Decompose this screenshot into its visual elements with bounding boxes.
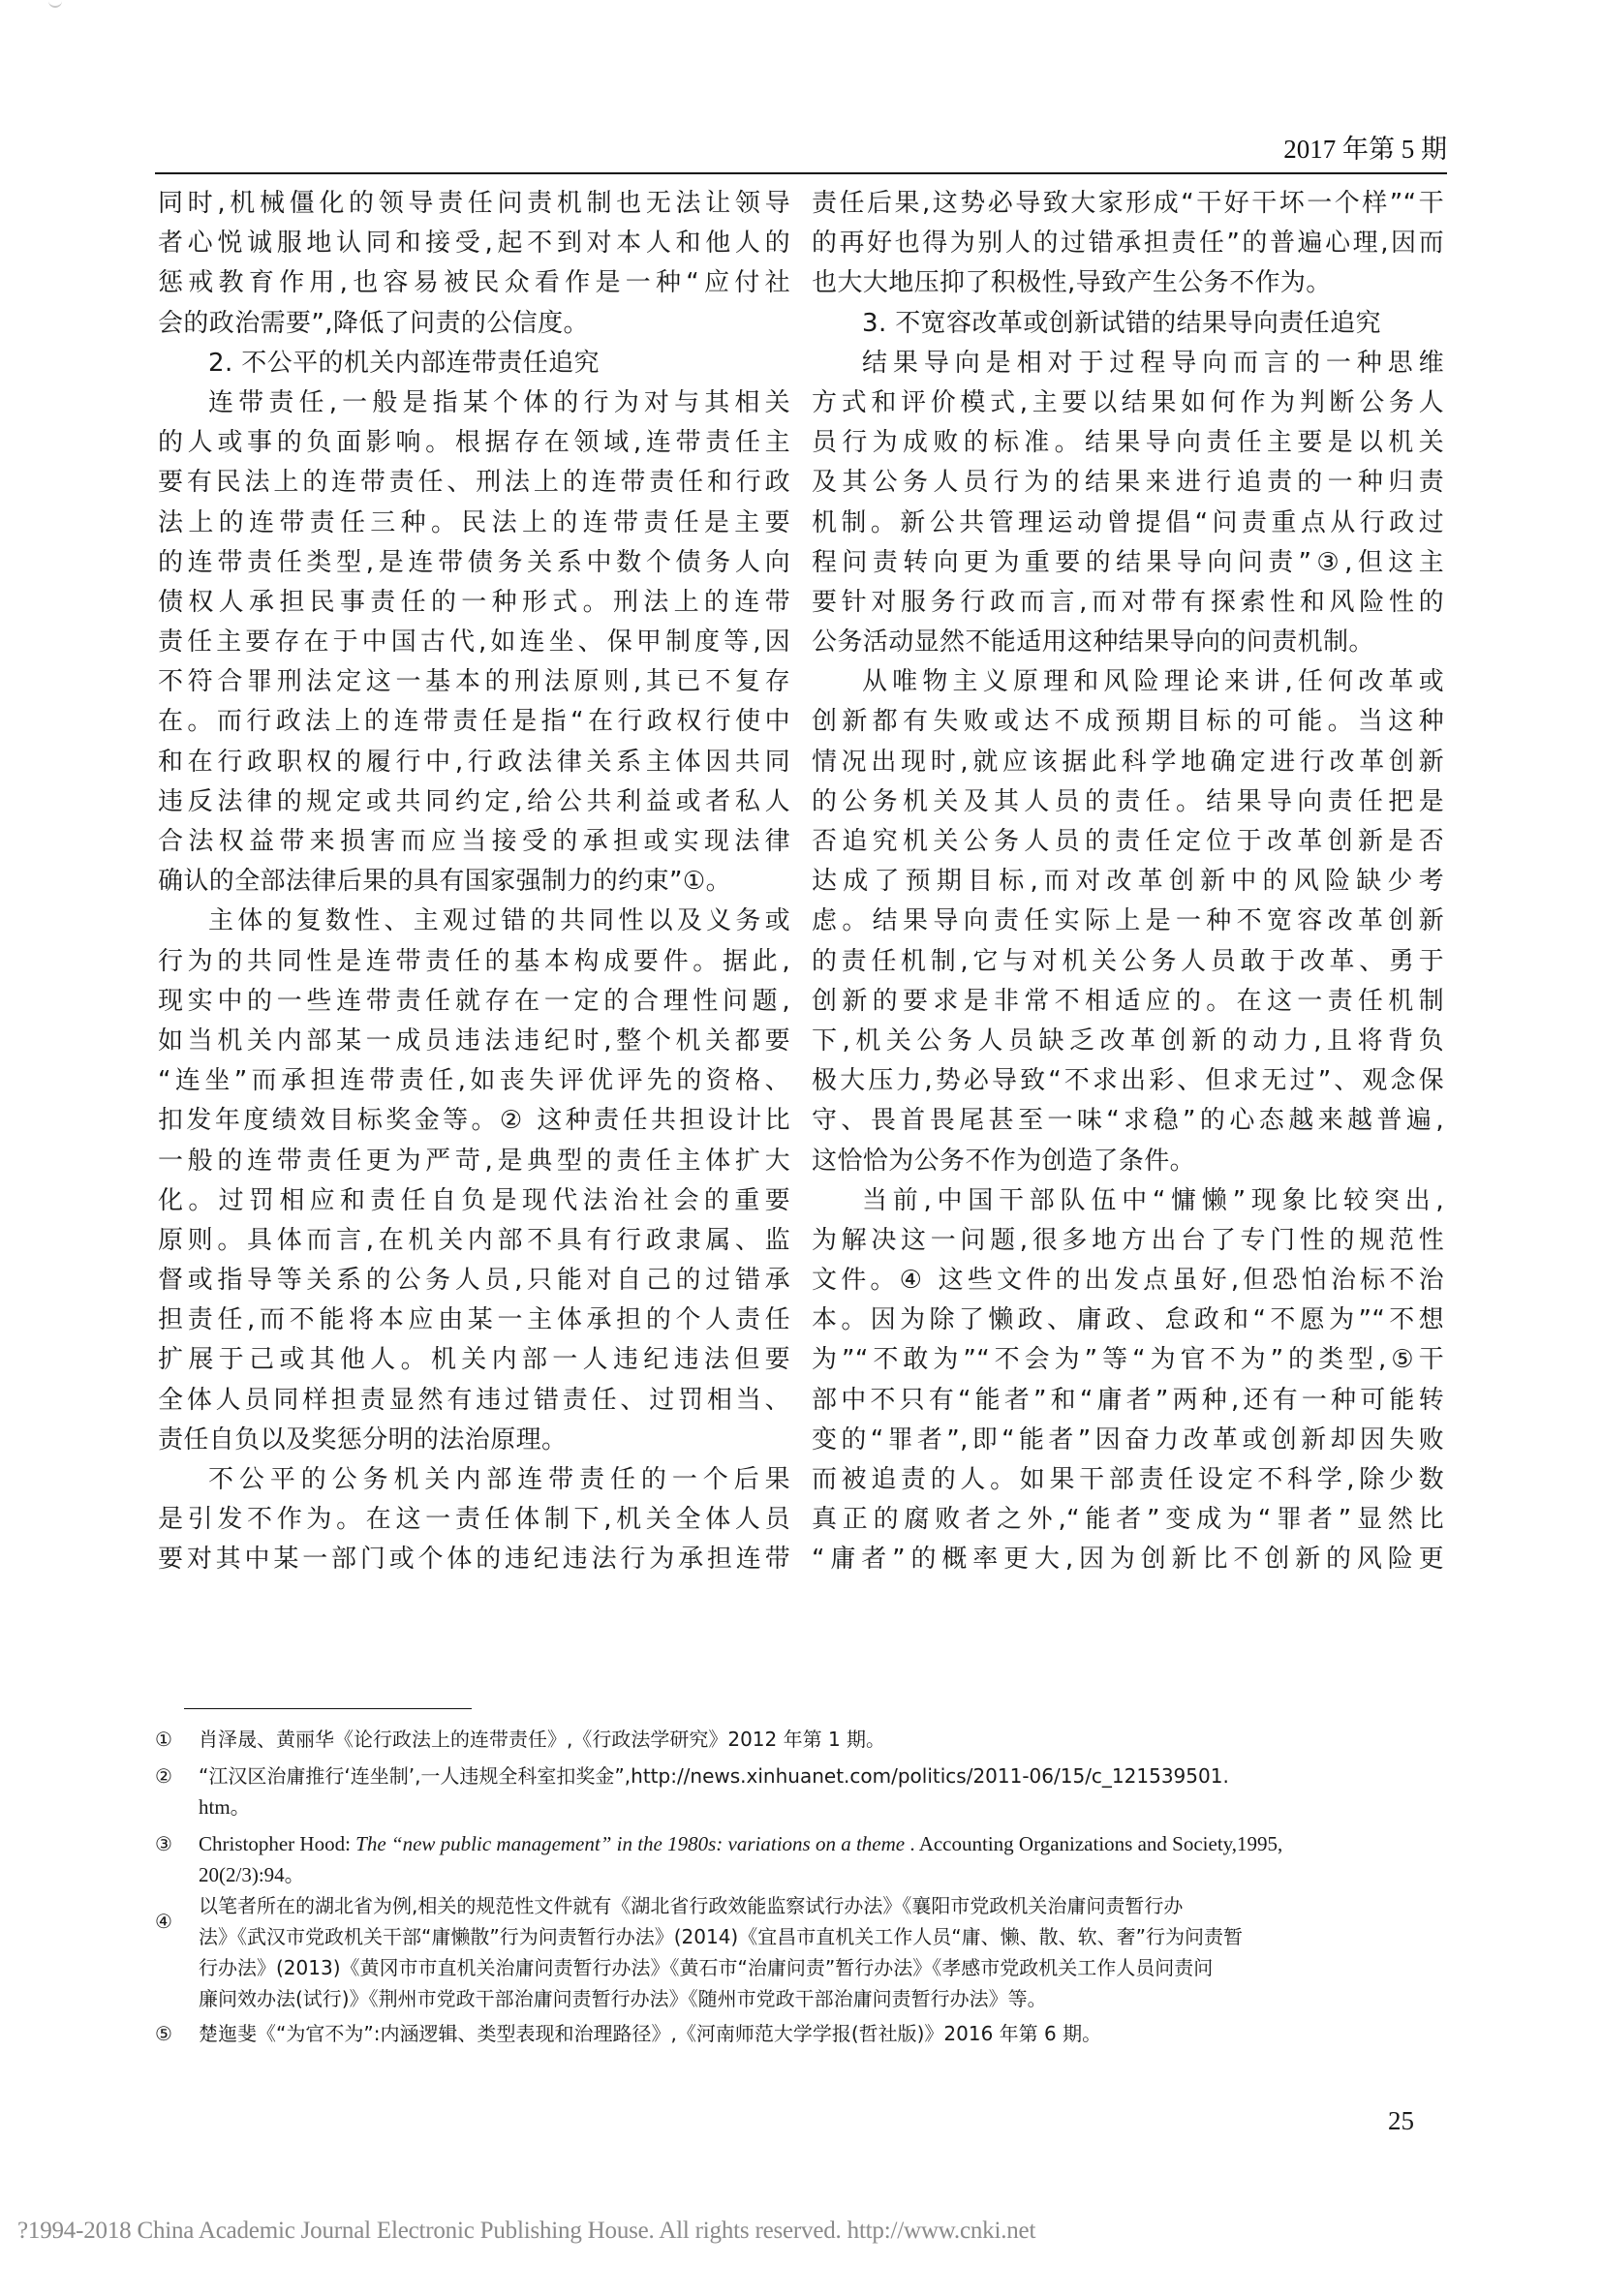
footnote-2: ② “江汉区治庸推行‘连坐制’,一人违规全科室扣奖金”,http://news.… [155, 1760, 1453, 1822]
text-line: 结果导向是相对于过程导向而言的一种思维 [812, 344, 1444, 383]
text-line: 不符合罪刑法定这一基本的刑法原则,其已不复存 [158, 662, 790, 702]
footnote-5: ⑤ 楚迤斐《“为官不为”:内涵逻辑、类型表现和治理路径》,《河南师范大学学报(哲… [155, 2018, 1453, 2049]
text-line: 员行为成败的标准。结果导向责任主要是以机关 [812, 423, 1444, 463]
copyright-notice: ?1994-2018 China Academic Journal Electr… [17, 2218, 1035, 2245]
text-line: 担责任,而不能将本应由某一主体承担的个人责任 [158, 1301, 790, 1340]
text-line: 守、畏首畏尾甚至一味“求稳”的心态越来越普遍, [812, 1101, 1444, 1141]
section-heading: 3. 不宽容改革或创新试错的结果导向责任追究 [812, 304, 1444, 344]
text-line: 和在行政职权的履行中,行政法律关系主体因共同 [158, 743, 790, 782]
text-line: 的人或事的负面影响。根据存在领域,连带责任主 [158, 423, 790, 463]
text-line: 连带责任,一般是指某个体的行为对与其相关 [158, 383, 790, 423]
footnote-text: 楚迤斐《“为官不为”:内涵逻辑、类型表现和治理路径》,《河南师范大学学报(哲社版… [199, 2018, 1453, 2049]
text-line: 极大压力,势必导致“不求出彩、但求无过”、观念保 [812, 1061, 1444, 1101]
footnote-marker: ② [155, 1760, 172, 1791]
text-line: 确认的全部法律后果的具有国家强制力的约束”①。 [158, 862, 790, 902]
text-line: 要有民法上的连带责任、刑法上的连带责任和行政 [158, 463, 790, 503]
footnote-text: 以笔者所在的湖北省为例,相关的规范性文件就有《湖北省行政效能监察试行办法》《襄阳… [199, 1890, 1453, 1921]
text-line: 方式和评价模式,主要以结果如何作为判断公务人 [812, 383, 1444, 423]
text-line: 创新都有失败或达不成预期目标的可能。当这种 [812, 702, 1444, 742]
text-line: 督或指导等关系的公务人员,只能对自己的过错承 [158, 1261, 790, 1301]
text-line: 责任后果,这势必导致大家形成“干好干坏一个样”“干 [812, 184, 1444, 224]
footnote-marker: ① [155, 1724, 172, 1755]
text-line: 程问责转向更为重要的结果导向问责”③,但这主 [812, 543, 1444, 583]
text-line: 是引发不作为。在这一责任体制下,机关全体人员 [158, 1500, 790, 1540]
text-line: 的再好也得为别人的过错承担责任”的普遍心理,因而 [812, 224, 1444, 263]
text-line: “连坐”而承担连带责任,如丧失评优评先的资格、 [158, 1061, 790, 1101]
footnote-text: 法》《武汉市党政机关干部“庸懒散”行为问责暂行办法》(2014)《宜昌市直机关工… [199, 1921, 1453, 1952]
text-line: 及其公务人员行为的结果来进行追责的一种归责 [812, 463, 1444, 503]
text-line: 达成了预期目标,而对改革创新中的风险缺少考 [812, 862, 1444, 902]
footnote-text: 廉问效办法(试行)》《荆州市党政干部治庸问责暂行办法》《随州市党政干部治庸问责暂… [199, 1983, 1453, 2014]
footnote-3: ③ Christopher Hood: The “new public mana… [155, 1828, 1453, 1890]
text-line: 扣发年度绩效目标奖金等。② 这种责任共担设计比 [158, 1101, 790, 1141]
left-column: 同时,机械僵化的领导责任问责机制也无法让领导者心悦诚服地认同和接受,起不到对本人… [158, 184, 790, 1580]
text-line: 违反法律的规定或共同约定,给公共利益或者私人 [158, 782, 790, 822]
text-line: 也大大地压抑了积极性,导致产生公务不作为。 [812, 263, 1444, 303]
text-line: 债权人承担民事责任的一种形式。刑法上的连带 [158, 583, 790, 623]
citation-source: . Accounting Organizations and Society,1… [909, 1832, 1282, 1855]
text-line: 为”“不敢为”“不会为”等“为官不为”的类型,⑤干 [812, 1340, 1444, 1380]
text-line: 者心悦诚服地认同和接受,起不到对本人和他人的 [158, 224, 790, 263]
text-line: 法上的连带责任三种。民法上的连带责任是主要 [158, 504, 790, 543]
footnote-text: 行办法》(2013)《黄冈市市直机关治庸问责暂行办法》《黄石市“治庸问责”暂行办… [199, 1952, 1453, 1983]
text-line: 而被追责的人。如果干部责任设定不科学,除少数 [812, 1460, 1444, 1500]
text-line: 的责任机制,它与对机关公务人员敢于改革、勇于 [812, 942, 1444, 982]
footnote-marker: ④ [155, 1906, 172, 1937]
footnote-1: ① 肖泽晟、黄丽华《论行政法上的连带责任》,《行政法学研究》2012 年第 1 … [155, 1724, 1453, 1755]
text-line: 虑。结果导向责任实际上是一种不宽容改革创新 [812, 902, 1444, 941]
text-line: 从唯物主义原理和风险理论来讲,任何改革或 [812, 662, 1444, 702]
footnote-text: “江汉区治庸推行‘连坐制’,一人违规全科室扣奖金”,http://news.xi… [199, 1760, 1453, 1791]
text-line: 当前,中国干部队伍中“慵懒”现象比较突出, [812, 1181, 1444, 1221]
text-line: 要对其中某一部门或个体的违纪违法行为承担连带 [158, 1540, 790, 1579]
text-line: 化。过罚相应和责任自负是现代法治社会的重要 [158, 1181, 790, 1221]
text-line: 责任主要存在于中国古代,如连坐、保甲制度等,因 [158, 623, 790, 662]
text-line: 真正的腐败者之外,“能者”变成为“罪者”显然比 [812, 1500, 1444, 1540]
footnote-text: 肖泽晟、黄丽华《论行政法上的连带责任》,《行政法学研究》2012 年第 1 期。 [199, 1724, 1453, 1755]
text-line: 公务活动显然不能适用这种结果导向的问责机制。 [812, 623, 1444, 662]
text-line: 下,机关公务人员缺乏改革创新的动力,且将背负 [812, 1022, 1444, 1061]
text-line: 的公务机关及其人员的责任。结果导向责任把是 [812, 782, 1444, 822]
text-line: 为解决这一问题,很多地方出台了专门性的规范性 [812, 1221, 1444, 1261]
footnote-4: ④ 以笔者所在的湖北省为例,相关的规范性文件就有《湖北省行政效能监察试行办法》《… [155, 1890, 1453, 2014]
text-line: 变的“罪者”,即“能者”因奋力改革或创新却因失败 [812, 1421, 1444, 1460]
text-line: 文件。④ 这些文件的出发点虽好,但恐怕治标不治 [812, 1261, 1444, 1301]
citation-title: The “new public management” in the 1980s… [355, 1832, 905, 1855]
text-line: 部中不只有“能者”和“庸者”两种,还有一种可能转 [812, 1381, 1444, 1421]
text-line: 机制。新公共管理运动曾提倡“问责重点从行政过 [812, 504, 1444, 543]
text-line: 主体的复数性、主观过错的共同性以及义务或 [158, 902, 790, 941]
text-line: 会的政治需要”,降低了问责的公信度。 [158, 304, 790, 344]
footnote-rule [184, 1708, 472, 1709]
text-line: 行为的共同性是连带责任的基本构成要件。据此, [158, 942, 790, 982]
text-line: 责任自负以及奖惩分明的法治原理。 [158, 1421, 790, 1460]
right-column: 责任后果,这势必导致大家形成“干好干坏一个样”“干的再好也得为别人的过错承担责任… [812, 184, 1444, 1580]
text-line: 在。而行政法上的连带责任是指“在行政权行使中 [158, 702, 790, 742]
text-line: 扩展于己或其他人。机关内部一人违纪违法但要 [158, 1340, 790, 1380]
citation-author: Christopher Hood: [199, 1832, 351, 1855]
header-rule [155, 172, 1447, 174]
text-line: 现实中的一些连带责任就存在一定的合理性问题, [158, 982, 790, 1022]
text-line: 如当机关内部某一成员违法违纪时,整个机关都要 [158, 1022, 790, 1061]
text-line: “庸者”的概率更大,因为创新比不创新的风险更 [812, 1540, 1444, 1579]
text-line: 不公平的公务机关内部连带责任的一个后果 [158, 1460, 790, 1500]
issue-label: 2017 年第 5 期 [1283, 128, 1447, 166]
text-line: 全体人员同样担责显然有违过错责任、过罚相当、 [158, 1381, 790, 1421]
footnotes: ① 肖泽晟、黄丽华《论行政法上的连带责任》,《行政法学研究》2012 年第 1 … [155, 1724, 1453, 2049]
footnote-marker: ⑤ [155, 2018, 172, 2049]
text-line: 创新的要求是非常不相适应的。在这一责任机制 [812, 982, 1444, 1022]
footnote-marker: ③ [155, 1828, 172, 1859]
text-line: 情况出现时,就应该据此科学地确定进行改革创新 [812, 743, 1444, 782]
text-line: 惩戒教育作用,也容易被民众看作是一种“应付社 [158, 263, 790, 303]
text-line: 这恰恰为公务不作为创造了条件。 [812, 1142, 1444, 1181]
text-line: 原则。具体而言,在机关内部不具有行政隶属、监 [158, 1221, 790, 1261]
text-line: 同时,机械僵化的领导责任问责机制也无法让领导 [158, 184, 790, 224]
text-line: 一般的连带责任更为严苛,是典型的责任主体扩大 [158, 1142, 790, 1181]
text-line: 否追究机关公务人员的责任定位于改革创新是否 [812, 822, 1444, 862]
footnote-text: htm。 [199, 1791, 1453, 1822]
citation-volume: 20(2/3):94。 [199, 1859, 1453, 1890]
page-number: 25 [1388, 2106, 1414, 2136]
text-line: 的连带责任类型,是连带债务关系中数个债务人向 [158, 543, 790, 583]
text-line: 要针对服务行政而言,而对带有探索性和风险性的 [812, 583, 1444, 623]
text-line: 合法权益带来损害而应当接受的承担或实现法律 [158, 822, 790, 862]
scan-artifact [48, 0, 62, 8]
section-heading: 2. 不公平的机关内部连带责任追究 [158, 344, 790, 383]
text-line: 本。因为除了懒政、庸政、怠政和“不愿为”“不想 [812, 1301, 1444, 1340]
